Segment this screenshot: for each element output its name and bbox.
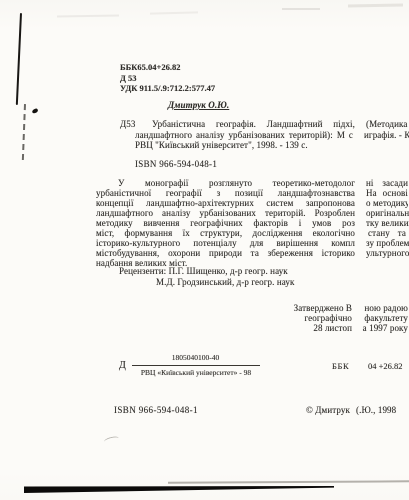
ink-blob — [31, 108, 38, 114]
abstract-line: ландшафтного аналізу урбанізованих терит… — [96, 208, 355, 218]
book-spine-dashed-line — [22, 104, 26, 160]
abstract-fragment: зу проблем — [366, 238, 409, 248]
formula-letter: Д — [119, 360, 126, 371]
isbn-bottom: ISBN 966-594-048-1 — [114, 405, 198, 415]
approval-row: Затверджено В ною радою — [268, 303, 408, 313]
pencil-mark — [103, 435, 119, 444]
citation-line1: Урбаністична географія. Ландшафтний підх… — [152, 119, 355, 129]
scan-smudge-top-left — [57, 14, 119, 17]
abstract-fragment: ні засади — [366, 178, 408, 188]
author-name: Дмитрук О.Ю. — [168, 100, 229, 110]
scan-smudge-top-mid — [150, 11, 198, 14]
abstract-fragment: оригінальну — [366, 208, 409, 218]
scanned-copyright-page: ББК65.04+26.82 Д 53 УДК 911.5/.9:712.2:5… — [0, 0, 409, 500]
abstract-line: методику вивчення географічних факторів … — [96, 218, 355, 228]
approval-right: а 1997 року — [360, 323, 408, 333]
abstract-line: містобудування, охорони природи та збере… — [96, 248, 355, 258]
scan-smudge-top-right — [282, 8, 320, 10]
approval-row: 28 листоп а 1997 року — [268, 323, 408, 333]
abstract-line: історико-культурного потенціалу для вирі… — [96, 238, 355, 248]
abstract-line: міст, формування їх структури, досліджен… — [96, 228, 355, 238]
approval-left: Затверджено В — [268, 303, 352, 313]
approval-right: факультету — [360, 313, 408, 323]
bbk-code: ББК65.04+26.82 — [120, 62, 181, 72]
scan-smudge-top-edge — [348, 4, 403, 8]
citation-line2-fragment: играфія. - К. — [364, 130, 409, 140]
author-sign-code: Д 53 — [120, 73, 136, 83]
abstract-line: У монографії розглянуто теоретико-методо… — [118, 178, 355, 188]
citation-line3: РВЦ "Київський університет", 1998. - 139… — [135, 140, 308, 150]
formula-numerator: 1805040100-40 — [133, 353, 258, 362]
isbn-top: ISBN 966-594-048-1 — [135, 159, 217, 169]
abstract-fragment: стану та — [368, 228, 406, 238]
abstract-fragment: ультурного — [366, 248, 409, 258]
formula-bbk-label: ББК — [332, 361, 349, 371]
approval-right: ною радою — [360, 303, 408, 313]
scan-line-thick-bottom — [24, 484, 334, 493]
approval-left: 28 листоп — [268, 323, 352, 333]
fraction-line — [132, 365, 260, 366]
udk-code: УДК 911.5/.9:712.2:577.47 — [120, 83, 215, 93]
abstract-line: концепції ландшафтно-архітектурних систе… — [96, 198, 355, 208]
abstract-fragment: тку великих — [366, 218, 409, 228]
approval-block: Затверджено В ною радою географічно факу… — [268, 303, 408, 334]
citation-index: Д53 — [120, 119, 135, 129]
abstract-fragment: На основі — [366, 188, 408, 198]
scan-line-thin-bottom — [168, 480, 409, 483]
citation-line1-fragment: (Методика — [366, 119, 409, 129]
citation-line2: ландшафтного аналізу урбанізованих терит… — [135, 130, 353, 140]
abstract-line: урбаністичної географії з позиції ландша… — [96, 188, 355, 198]
book-spine-line — [16, 13, 22, 105]
abstract-fragment: о методику — [366, 198, 408, 208]
formula-bbk-value: 04 +26.82 — [368, 361, 403, 371]
reviewer-line-1: Рецензенти: П.Г. Шищенко, д-р геогр. нау… — [119, 266, 288, 276]
formula-denominator: РВЦ «Київський університет» - 98 — [129, 368, 263, 377]
copyright-right: (.Ю., 1998 — [356, 405, 396, 415]
approval-row: географічно факультету — [268, 313, 408, 323]
copyright-left: © Дмитрук — [306, 405, 350, 415]
reviewer-line-2: М.Д. Гродзинський, д-р геогр. наук — [156, 277, 294, 287]
approval-left: географічно — [268, 313, 352, 323]
